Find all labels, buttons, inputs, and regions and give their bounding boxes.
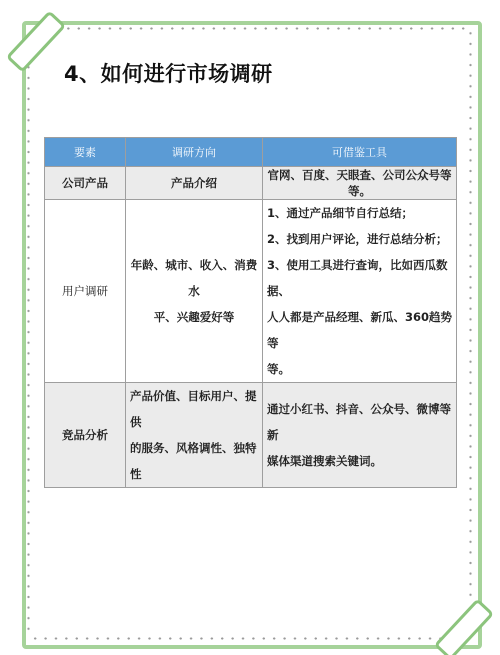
cell-factor: 公司产品 — [45, 167, 126, 200]
table-row: 竞品分析 产品价值、目标用户、提供 的服务、风格调性、独特性 通过小红书、抖音、… — [45, 383, 457, 488]
cell-tools: 官网、百度、天眼查、公司公众号等等。 — [263, 167, 457, 200]
tools-line: 官网、百度、天眼查、公司公众号等等。 — [268, 168, 452, 198]
tools-line: 人人都是产品经理、新瓜、360趋势等 — [267, 304, 452, 356]
cell-tools: 1、通过产品细节自行总结； 2、找到用户评论，进行总结分析； 3、使用工具进行查… — [263, 200, 457, 383]
header-tools: 可借鉴工具 — [263, 138, 457, 167]
tools-line: 3、使用工具进行查询，比如西瓜数据、 — [267, 252, 452, 304]
dotted-border-left — [27, 62, 30, 634]
direction-line: 产品价值、目标用户、提供 — [130, 383, 258, 435]
direction-line: 年龄、城市、收入、消费水 — [130, 252, 258, 304]
direction-line: 平、兴趣爱好等 — [130, 304, 258, 330]
dotted-border-top — [32, 27, 472, 30]
header-direction: 调研方向 — [126, 138, 263, 167]
tools-line: 1、通过产品细节自行总结； — [267, 200, 452, 226]
table-row: 公司产品 产品介绍 官网、百度、天眼查、公司公众号等等。 — [45, 167, 457, 200]
tools-line: 2、找到用户评论，进行总结分析； — [267, 226, 452, 252]
cell-tools: 通过小红书、抖音、公众号、微博等新 媒体渠道搜索关键词。 — [263, 383, 457, 488]
page-title: 4、如何进行市场调研 — [64, 58, 273, 88]
cell-direction: 产品价值、目标用户、提供 的服务、风格调性、独特性 — [126, 383, 263, 488]
cell-direction: 产品介绍 — [126, 167, 263, 200]
tools-line: 媒体渠道搜索关键词。 — [267, 448, 452, 474]
cell-factor: 竞品分析 — [45, 383, 126, 488]
market-research-table: 要素 调研方向 可借鉴工具 公司产品 产品介绍 官网、百度、天眼查、公司公众号等… — [44, 137, 457, 488]
cell-factor: 用户调研 — [45, 200, 126, 383]
table-row: 用户调研 年龄、城市、收入、消费水 平、兴趣爱好等 1、通过产品细节自行总结； … — [45, 200, 457, 383]
cell-direction: 年龄、城市、收入、消费水 平、兴趣爱好等 — [126, 200, 263, 383]
tools-line: 等。 — [267, 356, 452, 382]
direction-line: 的服务、风格调性、独特性 — [130, 435, 258, 487]
header-factor: 要素 — [45, 138, 126, 167]
table-header-row: 要素 调研方向 可借鉴工具 — [45, 138, 457, 167]
dotted-border-right — [469, 28, 472, 603]
dotted-border-bottom — [30, 637, 470, 640]
tools-line: 通过小红书、抖音、公众号、微博等新 — [267, 396, 452, 448]
